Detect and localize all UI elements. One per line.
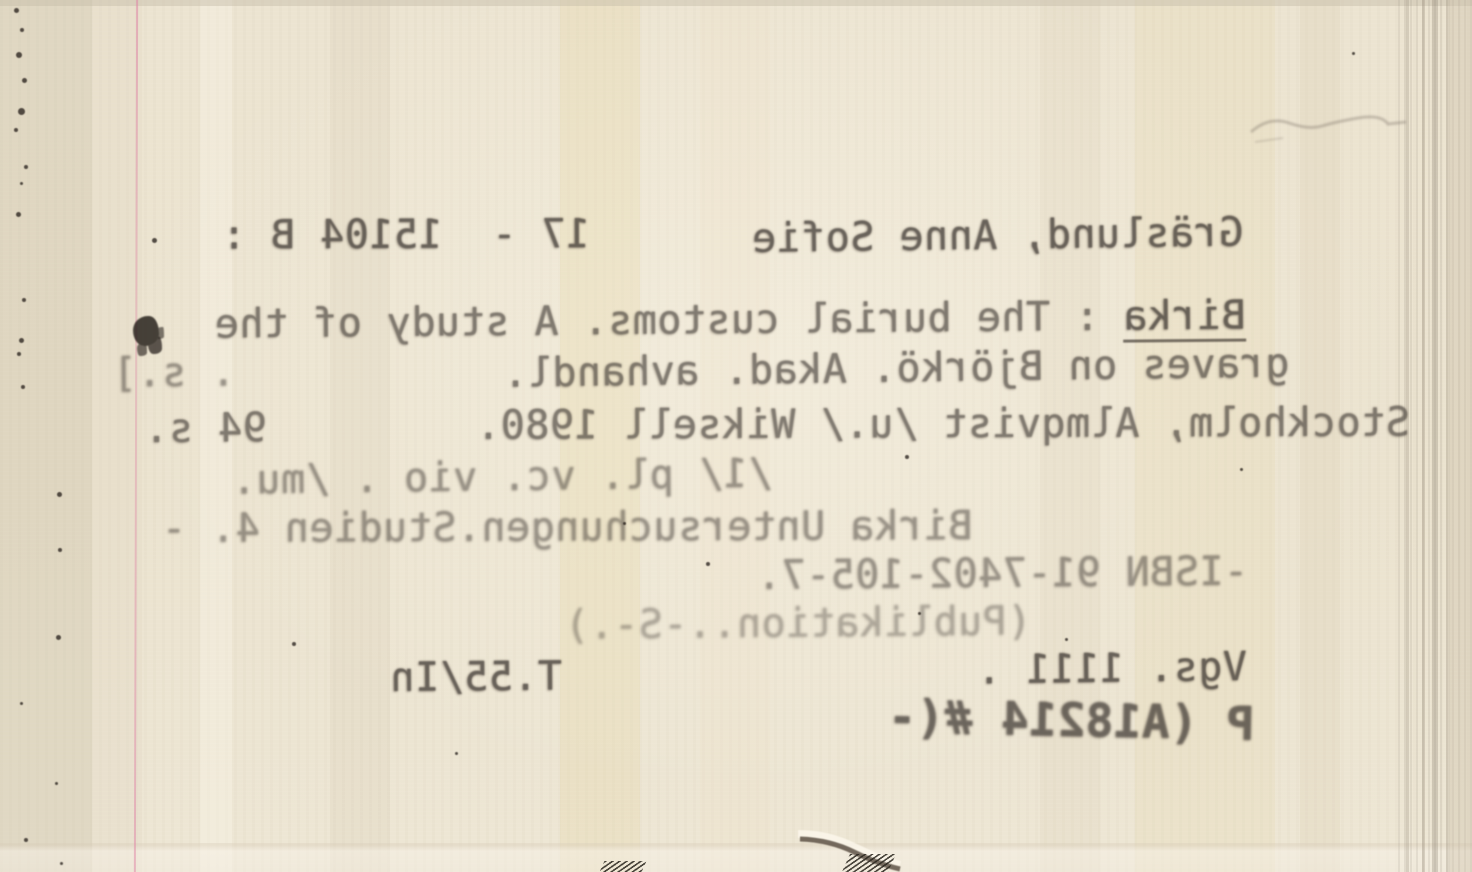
dust-speck: [22, 78, 27, 83]
card-bleedthrough-text: Gräslund, Anne Sofie 17 - 15104 B : Birk…: [0, 0, 1472, 872]
dust-speck: [60, 862, 63, 865]
dust-speck: [292, 642, 296, 646]
dust-speck: [17, 352, 21, 356]
title-continued-tail: . s.]: [112, 352, 235, 393]
dust-speck: [22, 298, 26, 302]
dust-speck: [16, 212, 21, 217]
dust-speck: [918, 612, 921, 615]
dust-speck: [20, 702, 23, 705]
dust-speck: [57, 492, 62, 497]
dust-speck: [14, 8, 19, 13]
isbn-line: -ISBN 91-7402-105-7.: [756, 552, 1248, 596]
dust-speck: [24, 838, 28, 842]
dust-speck: [18, 108, 25, 115]
dust-speck: [1352, 52, 1355, 55]
title-continued-line: graves on Björkö. Akad. avhandl.: [503, 343, 1290, 393]
title-underlined-word: Birka: [1123, 296, 1246, 343]
dust-speck: [14, 128, 18, 132]
dust-speck: [152, 238, 157, 243]
dust-speck: [623, 522, 626, 525]
shelf-number: 17 - 15104 B :: [221, 214, 590, 255]
dust-speck: [1240, 468, 1243, 471]
series-note-line: (Publikation..-S-.): [564, 601, 1031, 645]
dust-speck: [1065, 638, 1068, 641]
dust-speck: [56, 635, 61, 640]
title-line: : The burial customs. A study of the: [214, 297, 1124, 345]
collation-line: /1/ pl. vc. vio . /mu.: [231, 454, 772, 501]
dust-speck: [455, 752, 458, 755]
dust-speck: [19, 338, 24, 343]
classification-mark: Vgs. 1111 .: [976, 647, 1247, 691]
dust-speck: [905, 455, 909, 459]
accession-mark: P (A18214 #(-: [888, 694, 1255, 747]
scanned-catalog-card-scan: { "colors": { "paper": "#ebe3cf", "ink":…: [0, 0, 1472, 872]
dust-speck: [24, 165, 28, 169]
dust-speck: [58, 548, 62, 552]
dust-speck: [55, 782, 58, 785]
dust-speck: [20, 182, 23, 185]
dust-speck: [706, 562, 710, 566]
series-line: Birka Untersuchungen.Studien 4. -: [162, 506, 973, 549]
dust-speck: [16, 52, 22, 58]
author-heading: Gräslund, Anne Sofie: [751, 212, 1243, 258]
location-mark: T.55/In: [390, 657, 562, 699]
imprint-pages: 94 s.: [144, 408, 267, 449]
dust-speck: [21, 385, 25, 389]
imprint-line: Stockholm, Almqvist /u./ Wiksell 1980.: [476, 403, 1410, 446]
dust-speck: [20, 28, 24, 32]
